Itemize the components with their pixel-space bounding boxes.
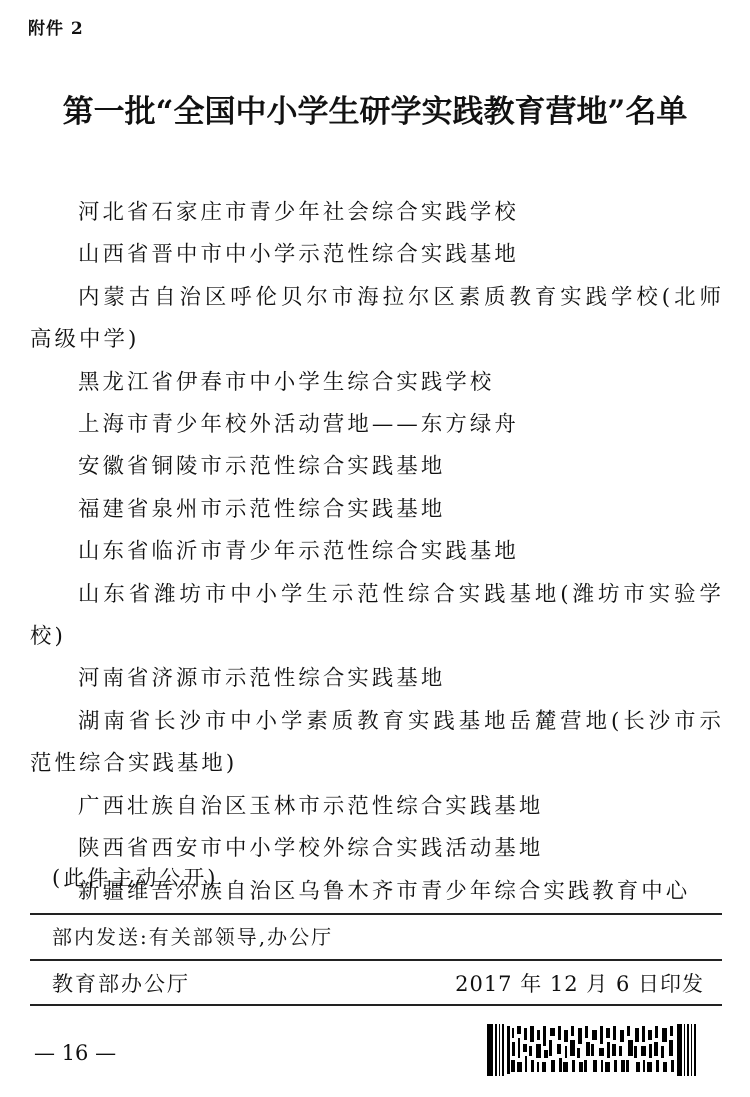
public-disclosure-note: (此件主动公开) [52,862,218,892]
issue-date: 2017 年 12 月 6 日印发 [455,968,704,998]
page-number: — 16 — [34,1041,116,1065]
list-item: 上海市青少年校外活动营地——东方绿舟 [30,404,724,446]
list-item: 河南省济源市示范性综合实践基地 [30,658,724,700]
divider-top [30,913,722,915]
camp-list: 河北省石家庄市青少年社会综合实践学校 山西省晋中市中小学示范性综合实践基地 内蒙… [30,192,724,913]
list-item: 湖南省长沙市中小学素质教育实践基地岳麓营地(长沙市示范性综合实践基地) [30,701,724,786]
list-item: 山东省临沂市青少年示范性综合实践基地 [30,531,724,573]
list-item: 山东省潍坊市中小学生示范性综合实践基地(潍坊市实验学校) [30,574,724,659]
pdf417-barcode-icon [487,1024,697,1076]
document-title: 第一批“全国中小学生研学实践教育营地”名单 [0,86,750,131]
attachment-label: 附件 2 [28,14,84,39]
list-item: 河北省石家庄市青少年社会综合实践学校 [30,192,724,234]
internal-distribution-line: 部内发送:有关部领导,办公厅 [52,921,333,950]
divider-middle [30,959,722,961]
divider-bottom [30,1004,722,1006]
list-item: 安徽省铜陵市示范性综合实践基地 [30,446,724,488]
list-item: 广西壮族自治区玉林市示范性综合实践基地 [30,786,724,828]
list-item: 福建省泉州市示范性综合实践基地 [30,489,724,531]
list-item: 内蒙古自治区呼伦贝尔市海拉尔区素质教育实践学校(北师高级中学) [30,277,724,362]
list-item: 山西省晋中市中小学示范性综合实践基地 [30,234,724,276]
issuer: 教育部办公厅 [52,968,190,998]
list-item: 黑龙江省伊春市中小学生综合实践学校 [30,362,724,404]
